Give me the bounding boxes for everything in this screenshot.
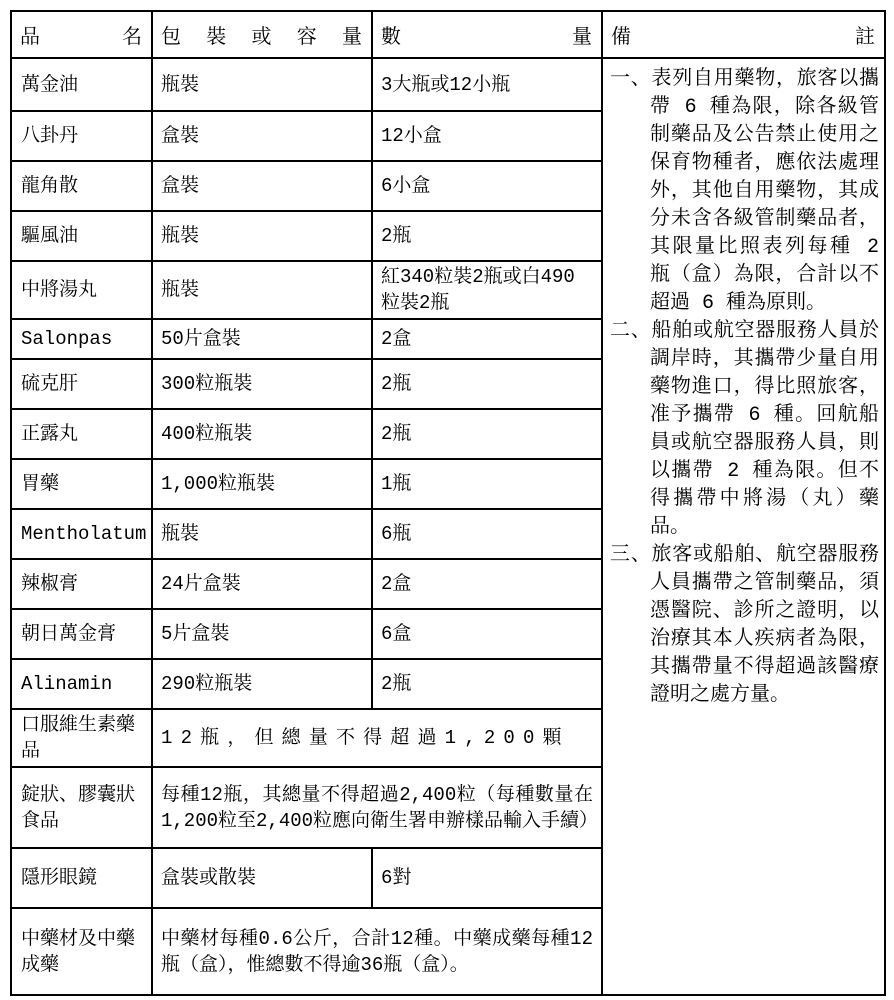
document-page: 品名 包裝或容量 數量 備註 萬金油 瓶裝 3大瓶或12小瓶 一、表列自用藥物，… xyxy=(0,0,894,1000)
product-name-cell: Alinamin xyxy=(11,659,152,709)
header-quantity: 數量 xyxy=(372,11,602,58)
limit-cell: 每種12瓶，其總量不得超過2,400粒（每種數量在1,200粒至2,400粒應向… xyxy=(152,767,602,848)
quantity-cell: 2瓶 xyxy=(372,659,602,709)
header-product-name: 品名 xyxy=(11,11,152,58)
limit-cell: 12瓶，但總量不得超過1,200顆 xyxy=(152,709,602,767)
product-name-cell: Salonpas xyxy=(11,319,152,359)
packaging-cell: 瓶裝 xyxy=(152,58,372,111)
product-name-cell: 隱形眼鏡 xyxy=(11,848,152,908)
product-name-cell: 中藥材及中藥成藥 xyxy=(11,908,152,995)
packaging-cell: 400粒瓶裝 xyxy=(152,409,372,459)
quantity-cell: 6瓶 xyxy=(372,509,602,559)
quantity-cell: 2瓶 xyxy=(372,409,602,459)
remarks-cell: 一、表列自用藥物，旅客以攜帶 6 種為限，除各級管制藥品及公告禁止使用之保育物種… xyxy=(602,58,885,995)
product-name-cell: 朝日萬金膏 xyxy=(11,609,152,659)
quantity-cell: 6小盒 xyxy=(372,161,602,211)
product-name-cell: 辣椒膏 xyxy=(11,559,152,609)
packaging-cell: 盒裝 xyxy=(152,111,372,161)
header-remarks: 備註 xyxy=(602,11,885,58)
product-name-cell: Mentholatum xyxy=(11,509,152,559)
packaging-cell: 50片盒裝 xyxy=(152,319,372,359)
quantity-cell: 2盒 xyxy=(372,319,602,359)
packaging-cell: 1,000粒瓶裝 xyxy=(152,459,372,509)
packaging-cell: 瓶裝 xyxy=(152,509,372,559)
packaging-cell: 盒裝 xyxy=(152,161,372,211)
quantity-cell: 6盒 xyxy=(372,609,602,659)
product-name-cell: 驅風油 xyxy=(11,211,152,261)
quantity-cell: 3大瓶或12小瓶 xyxy=(372,58,602,111)
note-item: 一、表列自用藥物，旅客以攜帶 6 種為限，除各級管制藥品及公告禁止使用之保育物種… xyxy=(610,66,879,318)
quantity-cell: 6對 xyxy=(372,848,602,908)
header-row: 品名 包裝或容量 數量 備註 xyxy=(11,11,885,58)
product-name-cell: 八卦丹 xyxy=(11,111,152,161)
product-name-cell: 胃藥 xyxy=(11,459,152,509)
header-packaging: 包裝或容量 xyxy=(152,11,372,58)
packaging-cell: 瓶裝 xyxy=(152,211,372,261)
note-item: 三、旅客或船舶、航空器服務人員攜帶之管制藥品，須憑醫院、診所之證明，以治療其本人… xyxy=(610,542,879,710)
product-name-cell: 正露丸 xyxy=(11,409,152,459)
limit-cell: 中藥材每種0.6公斤，合計12種。中藥成藥每種12瓶（盒），惟總數不得逾36瓶（… xyxy=(152,908,602,995)
product-name-cell: 口服維生素藥品 xyxy=(11,709,152,767)
packaging-cell: 290粒瓶裝 xyxy=(152,659,372,709)
quantity-cell: 2盒 xyxy=(372,559,602,609)
quantity-cell: 紅340粒裝2瓶或白490粒裝2瓶 xyxy=(372,261,602,319)
product-name-cell: 錠狀、膠囊狀食品 xyxy=(11,767,152,848)
packaging-cell: 5片盒裝 xyxy=(152,609,372,659)
packaging-cell: 瓶裝 xyxy=(152,261,372,319)
table-row: 萬金油 瓶裝 3大瓶或12小瓶 一、表列自用藥物，旅客以攜帶 6 種為限，除各級… xyxy=(11,58,885,111)
packaging-cell: 盒裝或散裝 xyxy=(152,848,372,908)
quantity-cell: 12小盒 xyxy=(372,111,602,161)
product-name-cell: 龍角散 xyxy=(11,161,152,211)
product-name-cell: 硫克肝 xyxy=(11,359,152,409)
quantity-cell: 2瓶 xyxy=(372,359,602,409)
packaging-cell: 300粒瓶裝 xyxy=(152,359,372,409)
medicine-limit-table: 品名 包裝或容量 數量 備註 萬金油 瓶裝 3大瓶或12小瓶 一、表列自用藥物，… xyxy=(10,10,886,996)
packaging-cell: 24片盒裝 xyxy=(152,559,372,609)
note-item: 二、船舶或航空器服務人員於調岸時，其攜帶少量自用藥物進口，得比照旅客，准予攜帶 … xyxy=(610,318,879,542)
quantity-cell: 1瓶 xyxy=(372,459,602,509)
quantity-cell: 2瓶 xyxy=(372,211,602,261)
product-name-cell: 萬金油 xyxy=(11,58,152,111)
product-name-cell: 中將湯丸 xyxy=(11,261,152,319)
